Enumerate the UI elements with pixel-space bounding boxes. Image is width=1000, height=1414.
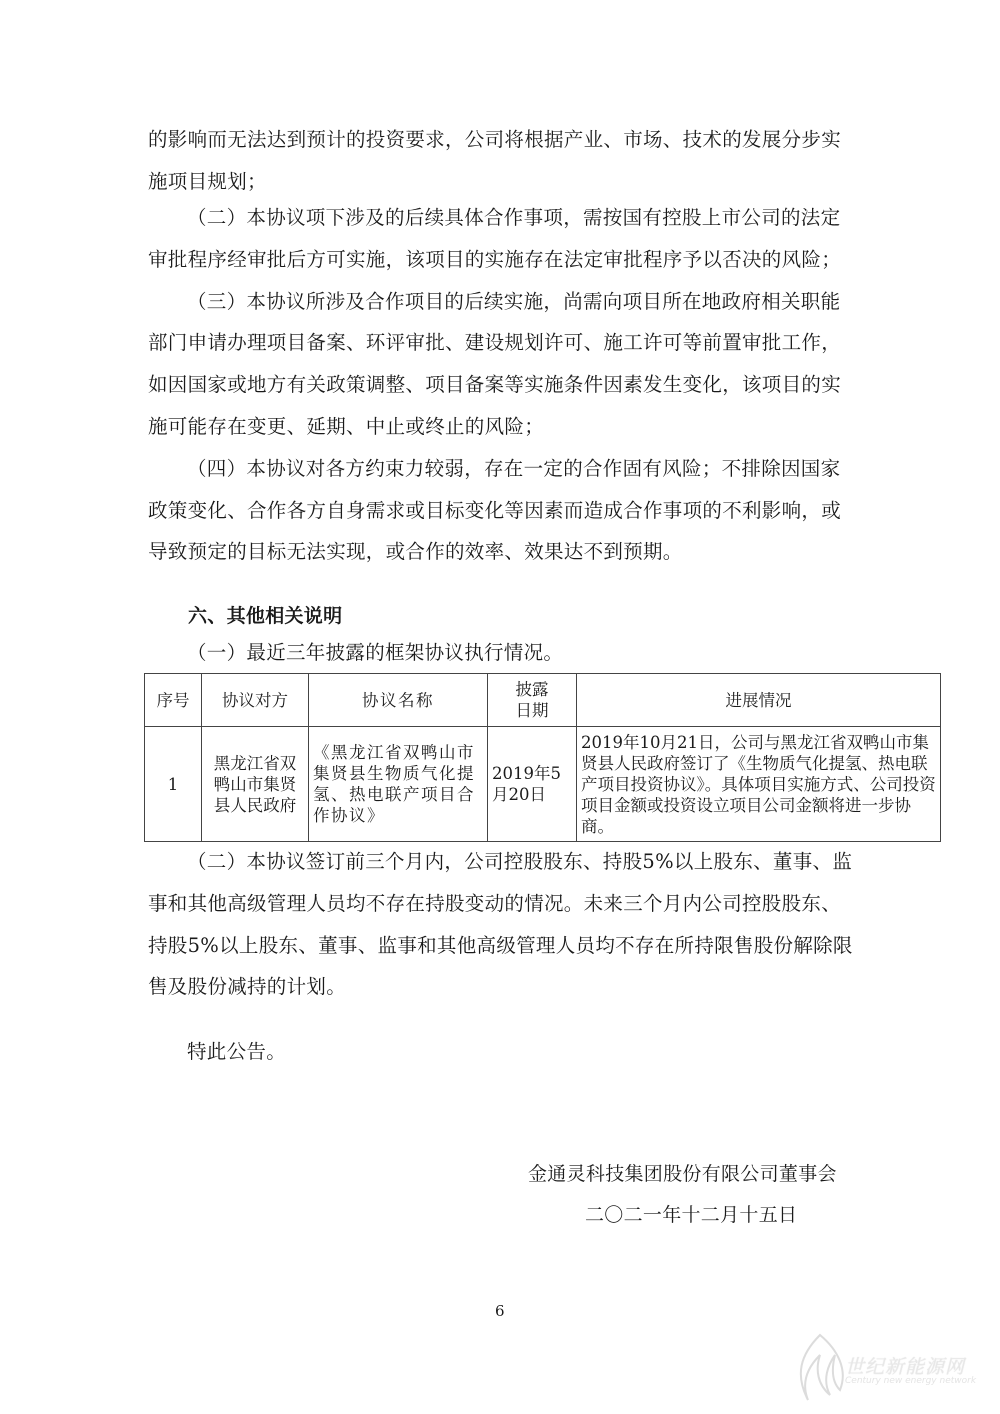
document-page: 的影响而无法达到预计的投资要求，公司将根据产业、市场、技术的发展分步实 施项目规… (0, 0, 1000, 1414)
header-num: 序号 (145, 674, 202, 727)
risk-3-line: 施可能存在变更、延期、中止或终止的风险； (148, 415, 848, 439)
subsection-title: （一）最近三年披露的框架协议执行情况。 (187, 641, 887, 665)
header-name: 协议名称 (309, 674, 488, 727)
flame-logo-icon (790, 1330, 850, 1405)
header-party: 协议对方 (202, 674, 309, 727)
cell-party: 黑龙江省双鸭山市集贤县人民政府 (202, 727, 309, 842)
cell-num: 1 (145, 727, 202, 842)
risk-2-line: （二）本协议项下涉及的后续具体合作事项，需按国有控股上市公司的法定 (187, 206, 887, 230)
risk-3-line: 如因国家或地方有关政策调整、项目备案等实施条件因素发生变化，该项目的实 (148, 373, 848, 397)
table-row: 1 黑龙江省双鸭山市集贤县人民政府 《黑龙江省双鸭山市集贤县生物质气化提氢、热电… (145, 727, 941, 842)
table-header-row: 序号 协议对方 协议名称 披露 日期 进展情况 (145, 674, 941, 727)
cell-progress: 2019年10月21日，公司与黑龙江省双鸭山市集贤县人民政府签订了《生物质气化提… (577, 727, 941, 842)
risk-3-line: （三）本协议所涉及合作项目的后续实施，尚需向项目所在地政府相关职能 (187, 290, 887, 314)
watermark: 世纪新能源网 Century new energy network (790, 1330, 990, 1400)
subsection-2-line: 事和其他高级管理人员均不存在持股变动的情况。未来三个月内公司控股股东、 (148, 892, 848, 916)
risk-2-line: 审批程序经审批后方可实施，该项目的实施存在法定审批程序予以否决的风险； (148, 248, 848, 272)
subsection-2-line: （二）本协议签订前三个月内，公司控股股东、持股5%以上股东、董事、监 (187, 850, 887, 874)
cell-date: 2019年5月20日 (488, 727, 577, 842)
watermark-en: Century new energy network (845, 1376, 976, 1386)
cell-name: 《黑龙江省双鸭山市集贤县生物质气化提氢、热电联产项目合作协议》 (309, 727, 488, 842)
subsection-2-line: 持股5%以上股东、董事、监事和其他高级管理人员均不存在所持限售股份解除限 (148, 934, 848, 958)
section-heading: 六、其他相关说明 (188, 604, 888, 628)
paragraph-line: 施项目规划； (148, 170, 848, 194)
risk-4-line: （四）本协议对各方约束力较弱，存在一定的合作固有风险；不排除因国家 (187, 457, 887, 481)
page-number: 6 (495, 1302, 505, 1320)
signature-company: 金通灵科技集团股份有限公司董事会 (528, 1162, 837, 1186)
header-date: 披露 日期 (488, 674, 577, 727)
paragraph-line: 的影响而无法达到预计的投资要求，公司将根据产业、市场、技术的发展分步实 (148, 128, 848, 152)
risk-3-line: 部门申请办理项目备案、环评审批、建设规划许可、施工许可等前置审批工作， (148, 331, 848, 355)
header-date-line: 日期 (516, 701, 549, 720)
signature-date: 二〇二一年十二月十五日 (585, 1203, 797, 1227)
subsection-2-line: 售及股份减持的计划。 (148, 975, 848, 999)
header-date-line: 披露 (516, 680, 549, 699)
risk-4-line: 政策变化、合作各方自身需求或目标变化等因素而造成合作事项的不利影响，或 (148, 499, 848, 523)
risk-4-line: 导致预定的目标无法实现，或合作的效率、效果达不到预期。 (148, 540, 848, 564)
watermark-cn: 世纪新能源网 (845, 1352, 965, 1379)
agreements-table: 序号 协议对方 协议名称 披露 日期 进展情况 1 黑龙江省双鸭山市集贤县人民政… (144, 673, 941, 842)
closing-text: 特此公告。 (187, 1040, 887, 1064)
header-progress: 进展情况 (577, 674, 941, 727)
